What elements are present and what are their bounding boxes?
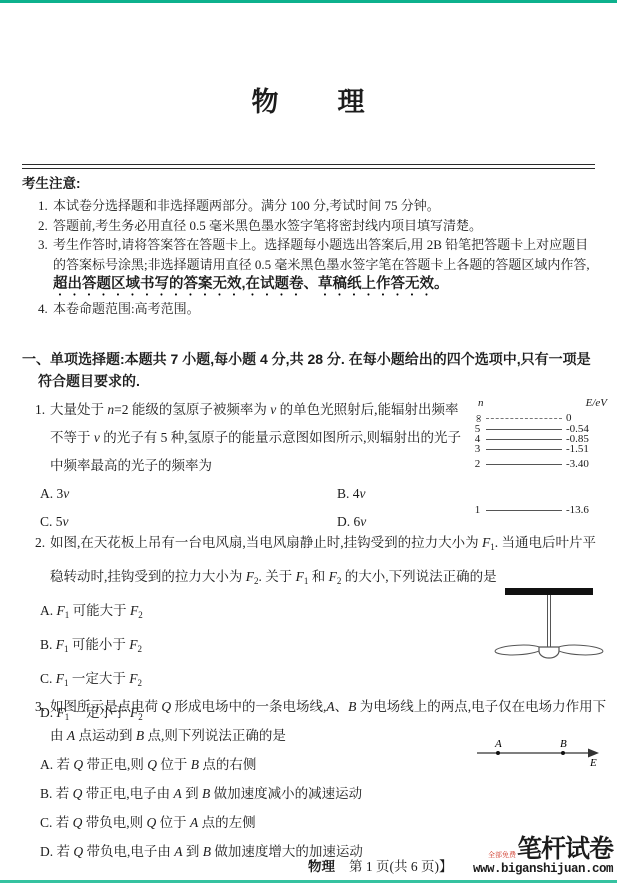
level-energy-value: -3.40 (566, 459, 589, 470)
notice-item-text: 本试卷分选择题和非选择题两部分。满分 100 分,考试时间 75 分钟。 (53, 196, 597, 216)
question-1-number: 1. (35, 396, 45, 424)
question-2-number: 2. (35, 528, 45, 557)
energy-level-diagram: n E/eV ∞ 0 5 -0.54 4 -0.85 3 -1.51 2 -3.… (469, 398, 609, 520)
diagram-axis-energy-label: E/eV (586, 398, 607, 409)
level-energy-value: -1.51 (566, 444, 589, 455)
notice-heading: 考生注意: (22, 175, 597, 193)
level-n-label: 2 (471, 459, 484, 470)
level-line (486, 429, 562, 430)
logo-website-url: www.biganshijuan.com (461, 862, 613, 877)
fan-blade-left (495, 644, 541, 656)
level-line (486, 510, 562, 511)
energy-unit-text: E/eV (586, 397, 607, 409)
fan-blade-right (557, 644, 603, 656)
candidate-notice: 考生注意: 1. 本试卷分选择题和非选择题两部分。满分 100 分,考试时间 7… (22, 175, 597, 319)
notice-item-2: 2. 答题前,考生务必用直径 0.5 毫米黑色墨水签字笔将密封线内项目填写清楚。 (22, 216, 597, 236)
point-a-dot (496, 751, 500, 755)
ceiling-bar (505, 588, 593, 595)
notice-item-number: 2. (38, 216, 53, 236)
level-n-label: 3 (471, 444, 484, 455)
logo-free-tag: 全部免费 (488, 851, 516, 859)
logo-brand-name: 笔杆试卷 (517, 837, 613, 862)
option-a: A. 3ν (40, 480, 337, 508)
level-line (486, 449, 562, 450)
notice-item-4: 4. 本卷命题范围:高考范围。 (22, 299, 597, 319)
notice-item-text: 答题前,考生务必用直径 0.5 毫米黑色墨水签字笔将密封线内项目填写清楚。 (53, 216, 597, 236)
level-line (486, 439, 562, 440)
energy-level-2: 2 -3.40 (469, 459, 609, 470)
energy-level-1: 1 -13.6 (469, 505, 609, 516)
notice-item-text: 考生作答时,请将答案答在答题卡上。选择题每小题选出答案后,用 2B 铅笔把答题卡… (53, 235, 597, 299)
section-1-heading: 一、单项选择题:本题共 7 小题,每小题 4 分,共 28 分. 在每小题给出的… (22, 348, 599, 392)
point-a-label: A (494, 738, 502, 750)
footer-subject: 物理 (308, 859, 335, 874)
question-1: 1. n E/eV ∞ 0 5 -0.54 4 -0.85 3 -1.51 2 … (22, 396, 609, 536)
level-energy-value: -13.6 (566, 505, 589, 516)
footer-page-label: 物理第 1 页(共 6 页)】 (308, 855, 453, 875)
field-e-label: E (589, 757, 597, 768)
infinity-symbol: ∞ (472, 415, 483, 423)
option-c: C. 若 Q 带负电,则 Q 位于 A 点的左侧 (40, 808, 609, 837)
publisher-logo: 全部免费 笔杆试卷 www.biganshijuan.com (461, 837, 613, 877)
option-b: B. 若 Q 带正电,电子由 A 到 B 做加速度减小的减速运动 (40, 779, 609, 808)
fan-motor (539, 647, 559, 658)
header-double-rule (22, 164, 595, 169)
notice-item-3-emphasized: 超出答题区域书写的答案无效,在试题卷、草稿纸上作答无效。 (53, 276, 449, 292)
exam-title-char-1: 物 (252, 80, 280, 119)
notice-item-number: 1. (38, 196, 53, 216)
exam-title: 物 理 (0, 80, 617, 119)
diagram-axis-n-label: n (478, 398, 484, 409)
notice-item-3: 3. 考生作答时,请将答案答在答题卡上。选择题每小题选出答案后,用 2B 铅笔把… (22, 235, 597, 299)
energy-level-3: 3 -1.51 (469, 444, 609, 455)
notice-item-number: 3. (38, 235, 53, 299)
option-b: B. 4ν (337, 480, 461, 508)
notice-item-number: 4. (38, 299, 53, 319)
footer-page-number: 第 1 页(共 6 页)】 (349, 859, 453, 874)
level-line (486, 464, 562, 465)
notice-item-text: 本卷命题范围:高考范围。 (53, 299, 597, 319)
level-n-label: 1 (471, 505, 484, 516)
point-b-dot (561, 751, 565, 755)
notice-item-1: 1. 本试卷分选择题和非选择题两部分。满分 100 分,考试时间 75 分钟。 (22, 196, 597, 216)
question-3-number: 3. (35, 692, 45, 721)
page-top-accent-line (0, 0, 617, 3)
exam-title-char-2: 理 (338, 80, 366, 119)
notice-item-3-plain: 考生作答时,请将答案答在答题卡上。选择题每小题选出答案后,用 2B 铅笔把答题卡… (53, 237, 590, 272)
level-line (486, 418, 562, 419)
field-line-diagram: A B E (475, 736, 603, 768)
ceiling-fan-diagram (493, 586, 605, 674)
point-b-label: B (560, 738, 567, 750)
